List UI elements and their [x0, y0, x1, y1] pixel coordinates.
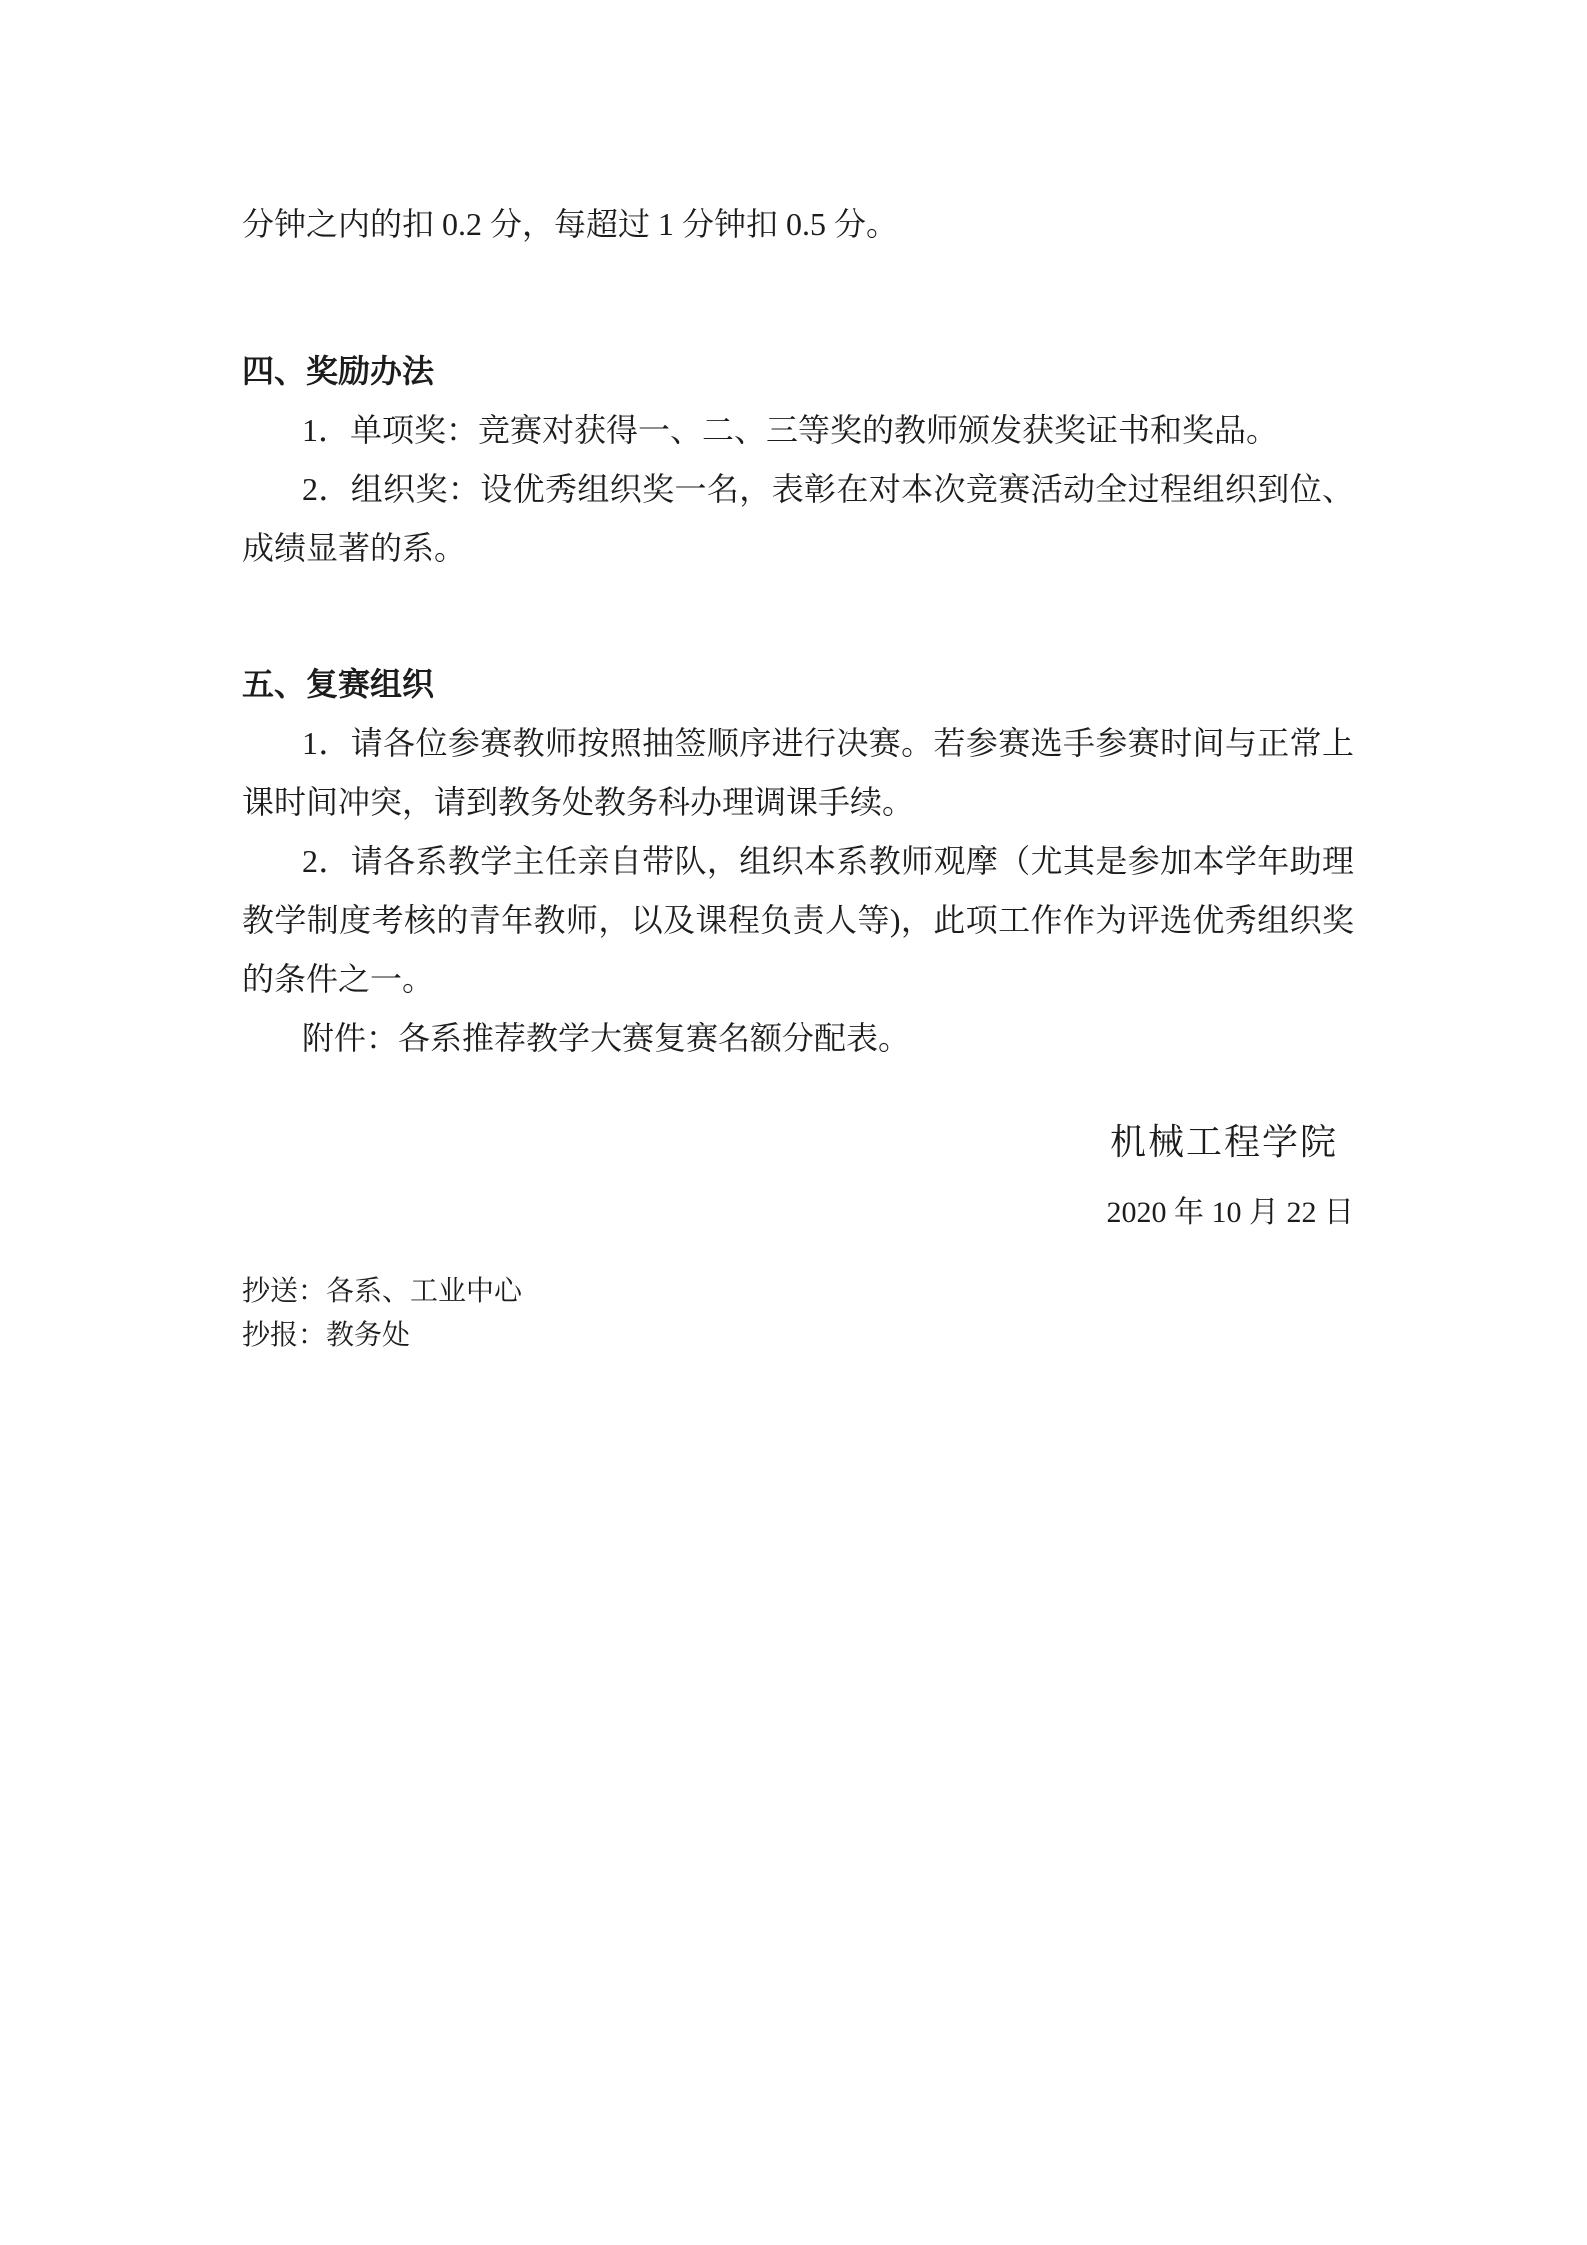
signature-date: 2020 年 10 月 22 日 — [242, 1191, 1354, 1235]
attachment-line: 附件：各系推荐教学大赛复赛名额分配表。 — [242, 1015, 1354, 1061]
awards-item-2-line-1: 2．组织奖：设优秀组织奖一名，表彰在对本次竞赛活动全过程组织到位、 — [242, 466, 1354, 512]
cc-line-report-to: 抄报：教务处 — [242, 1316, 1354, 1356]
final-round-item-1-line-1: 1．请各位参赛教师按照抽签顺序进行决赛。若参赛选手参赛时间与正常上 — [242, 720, 1354, 766]
awards-item-2-line-2: 成绩显著的系。 — [242, 525, 1354, 571]
final-round-item-2-line-2: 教学制度考核的青年教师，以及课程负责人等)，此项工作作为评选优秀组织奖 — [242, 897, 1354, 943]
paragraph-continuation-line: 分钟之内的扣 0.2 分，每超过 1 分钟扣 0.5 分。 — [242, 201, 1354, 247]
final-round-item-2-line-3: 的条件之一。 — [242, 956, 1354, 1002]
cc-line-copy-to: 抄送：各系、工业中心 — [242, 1272, 1354, 1312]
awards-item-1-line: 1．单项奖：竞赛对获得一、二、三等奖的教师颁发获奖证书和奖品。 — [242, 407, 1354, 453]
final-round-item-1-line-2: 课时间冲突，请到教务处教务科办理调课手续。 — [242, 779, 1354, 825]
signature-organization: 机械工程学院 — [242, 1118, 1354, 1166]
document-page: 分钟之内的扣 0.2 分，每超过 1 分钟扣 0.5 分。 四、奖励办法 1．单… — [0, 0, 1587, 2245]
section-heading-awards: 四、奖励办法 — [242, 348, 1354, 394]
final-round-item-2-line-1: 2．请各系教学主任亲自带队，组织本系教师观摩（尤其是参加本学年助理 — [242, 838, 1354, 884]
section-heading-final-round: 五、复赛组织 — [242, 661, 1354, 707]
